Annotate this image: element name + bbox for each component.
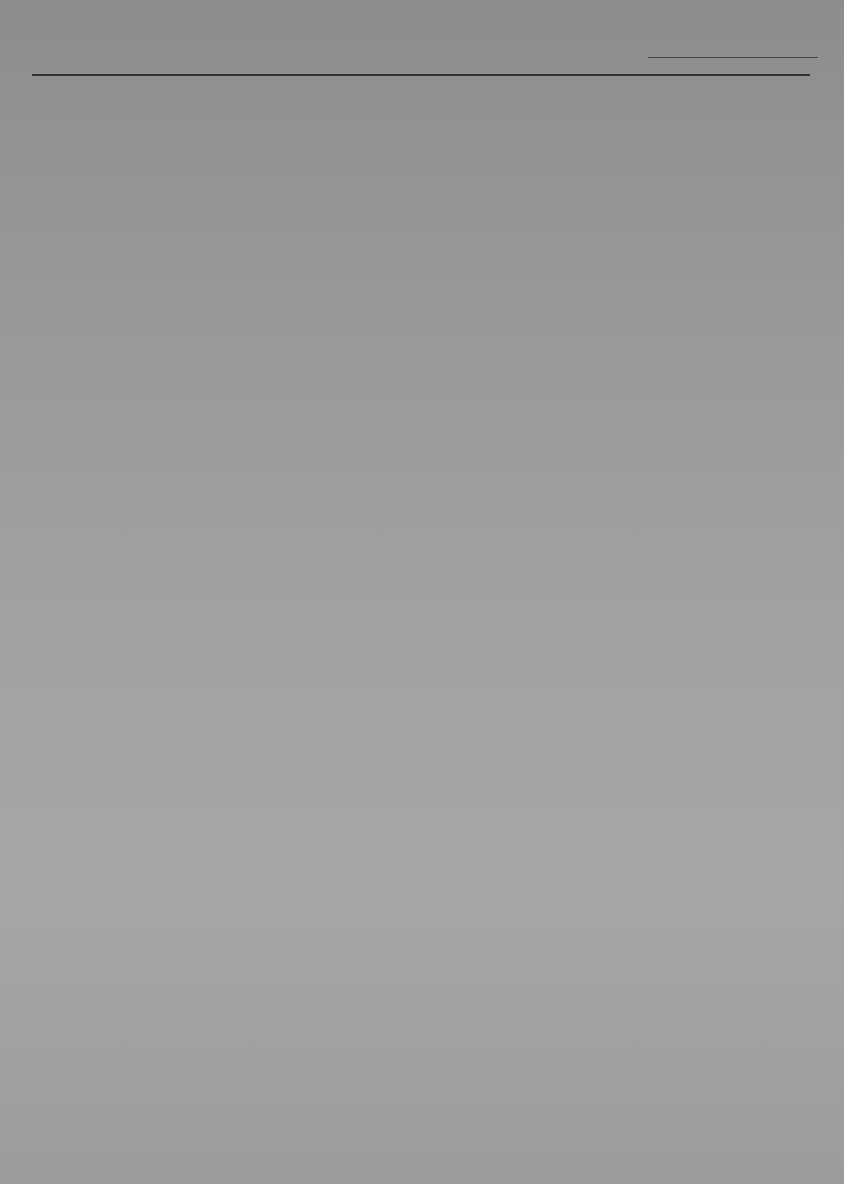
masthead [0, 0, 844, 76]
divider [32, 74, 810, 76]
divider [648, 57, 818, 58]
newspaper-page [0, 0, 844, 1184]
